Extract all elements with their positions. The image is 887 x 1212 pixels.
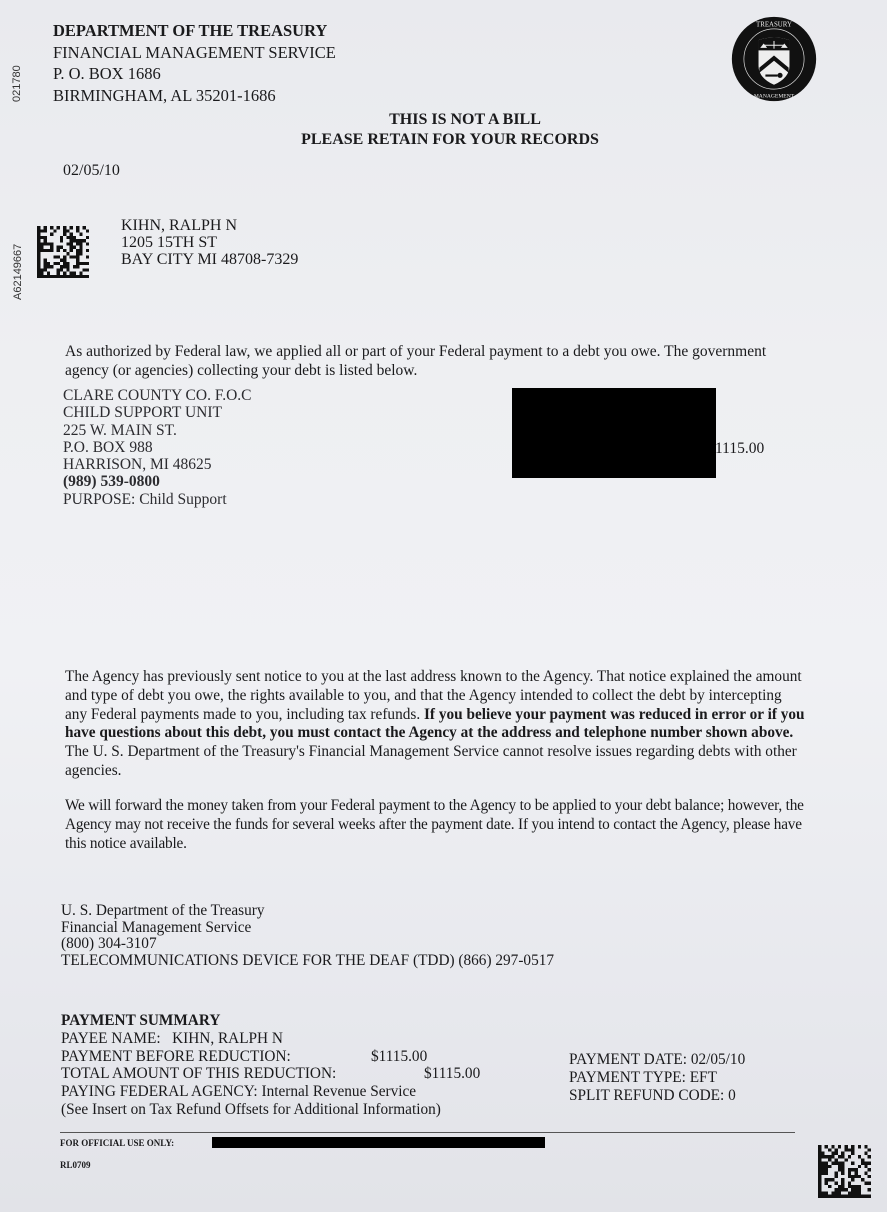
before-reduction-value: $1115.00 [371,1048,427,1065]
treasury-contact: U. S. Department of the Treasury Financi… [61,903,554,969]
datamatrix-barcode-icon [37,226,89,278]
recipient-address: KIHN, RALPH N 1205 15TH ST BAY CITY MI 4… [121,217,298,268]
sender-service: FINANCIAL MANAGEMENT SERVICE [53,42,336,64]
agency-street: 225 W. MAIN ST. [63,422,252,439]
agency-purpose: PURPOSE: Child Support [63,491,252,508]
sender-side-code: 021780 [11,65,23,102]
paying-agency-label: PAYING FEDERAL AGENCY: [61,1083,258,1100]
sender-address: DEPARTMENT OF THE TREASURY FINANCIAL MAN… [53,20,336,106]
svg-text:TREASURY: TREASURY [756,21,792,28]
recipient-city: BAY CITY MI 48708-7329 [121,251,298,268]
sender-city: BIRMINGHAM, AL 35201-1686 [53,85,336,107]
not-a-bill-line: THIS IS NOT A BILL [0,110,887,130]
contact-phone: (800) 304-3107 [61,936,554,953]
before-reduction-row: PAYMENT BEFORE REDUCTION:$1115.00 [61,1048,480,1066]
form-code: RL0709 [60,1160,91,1170]
redaction-bar [212,1137,545,1148]
contact-service: Financial Management Service [61,920,554,937]
paying-agency-value: Internal Revenue Service [261,1083,416,1100]
not-a-bill-notice: THIS IS NOT A BILL PLEASE RETAIN FOR YOU… [0,110,887,150]
payment-details: PAYMENT DATE: 02/05/10 PAYMENT TYPE: EFT… [569,1051,745,1104]
datamatrix-barcode-icon [818,1145,871,1198]
contact-department: U. S. Department of the Treasury [61,903,554,920]
agency-phone: (989) 539-0800 [63,473,252,490]
payee-row: PAYEE NAME: KIHN, RALPH N [61,1030,480,1048]
payment-summary: PAYMENT SUMMARY PAYEE NAME: KIHN, RALPH … [61,1012,480,1119]
agency-notice-paragraph: The Agency has previously sent notice to… [65,668,805,781]
insert-note: (See Insert on Tax Refund Offsets for Ad… [61,1101,480,1119]
redaction-block [512,388,716,478]
notice-date: 02/05/10 [63,162,120,180]
intro-paragraph: As authorized by Federal law, we applied… [65,342,795,380]
recipient-side-code: A62149667 [12,244,24,300]
divider [60,1132,795,1133]
svg-text:MANAGEMENT: MANAGEMENT [754,94,795,100]
sender-department: DEPARTMENT OF THE TREASURY [53,20,336,42]
reduction-value: $1115.00 [424,1065,480,1082]
official-use-label: FOR OFFICIAL USE ONLY: [60,1138,174,1148]
split-refund-code: SPLIT REFUND CODE: 0 [569,1087,745,1105]
recipient-name: KIHN, RALPH N [121,217,298,234]
recipient-street: 1205 15TH ST [121,234,298,251]
treasury-seal-icon: TREASURY MANAGEMENT [731,16,817,102]
payee-label: PAYEE NAME: [61,1030,161,1047]
agency-unit: CHILD SUPPORT UNIT [63,404,252,421]
collecting-agency: CLARE COUNTY CO. F.O.C CHILD SUPPORT UNI… [63,387,252,508]
reduction-row: TOTAL AMOUNT OF THIS REDUCTION:$1115.00 [61,1065,480,1083]
payment-date: PAYMENT DATE: 02/05/10 [569,1051,745,1069]
agency-city: HARRISON, MI 48625 [63,456,252,473]
payee-value: KIHN, RALPH N [172,1030,283,1047]
sender-pobox: P. O. BOX 1686 [53,63,336,85]
agency-pobox: P.O. BOX 988 [63,439,252,456]
agency-notice-text-2: The U. S. Department of the Treasury's F… [65,743,797,779]
retain-records-line: PLEASE RETAIN FOR YOUR RECORDS [0,130,887,150]
paying-agency-row: PAYING FEDERAL AGENCY: Internal Revenue … [61,1083,480,1101]
forwarding-paragraph: We will forward the money taken from you… [65,797,805,853]
agency-name: CLARE COUNTY CO. F.O.C [63,387,252,404]
before-reduction-label: PAYMENT BEFORE REDUCTION: [61,1048,371,1066]
payment-type: PAYMENT TYPE: EFT [569,1069,745,1087]
contact-tdd: TELECOMMUNICATIONS DEVICE FOR THE DEAF (… [61,953,554,970]
agency-amount: 1115.00 [715,440,764,458]
payment-summary-title: PAYMENT SUMMARY [61,1012,480,1030]
reduction-label: TOTAL AMOUNT OF THIS REDUCTION: [61,1065,424,1083]
